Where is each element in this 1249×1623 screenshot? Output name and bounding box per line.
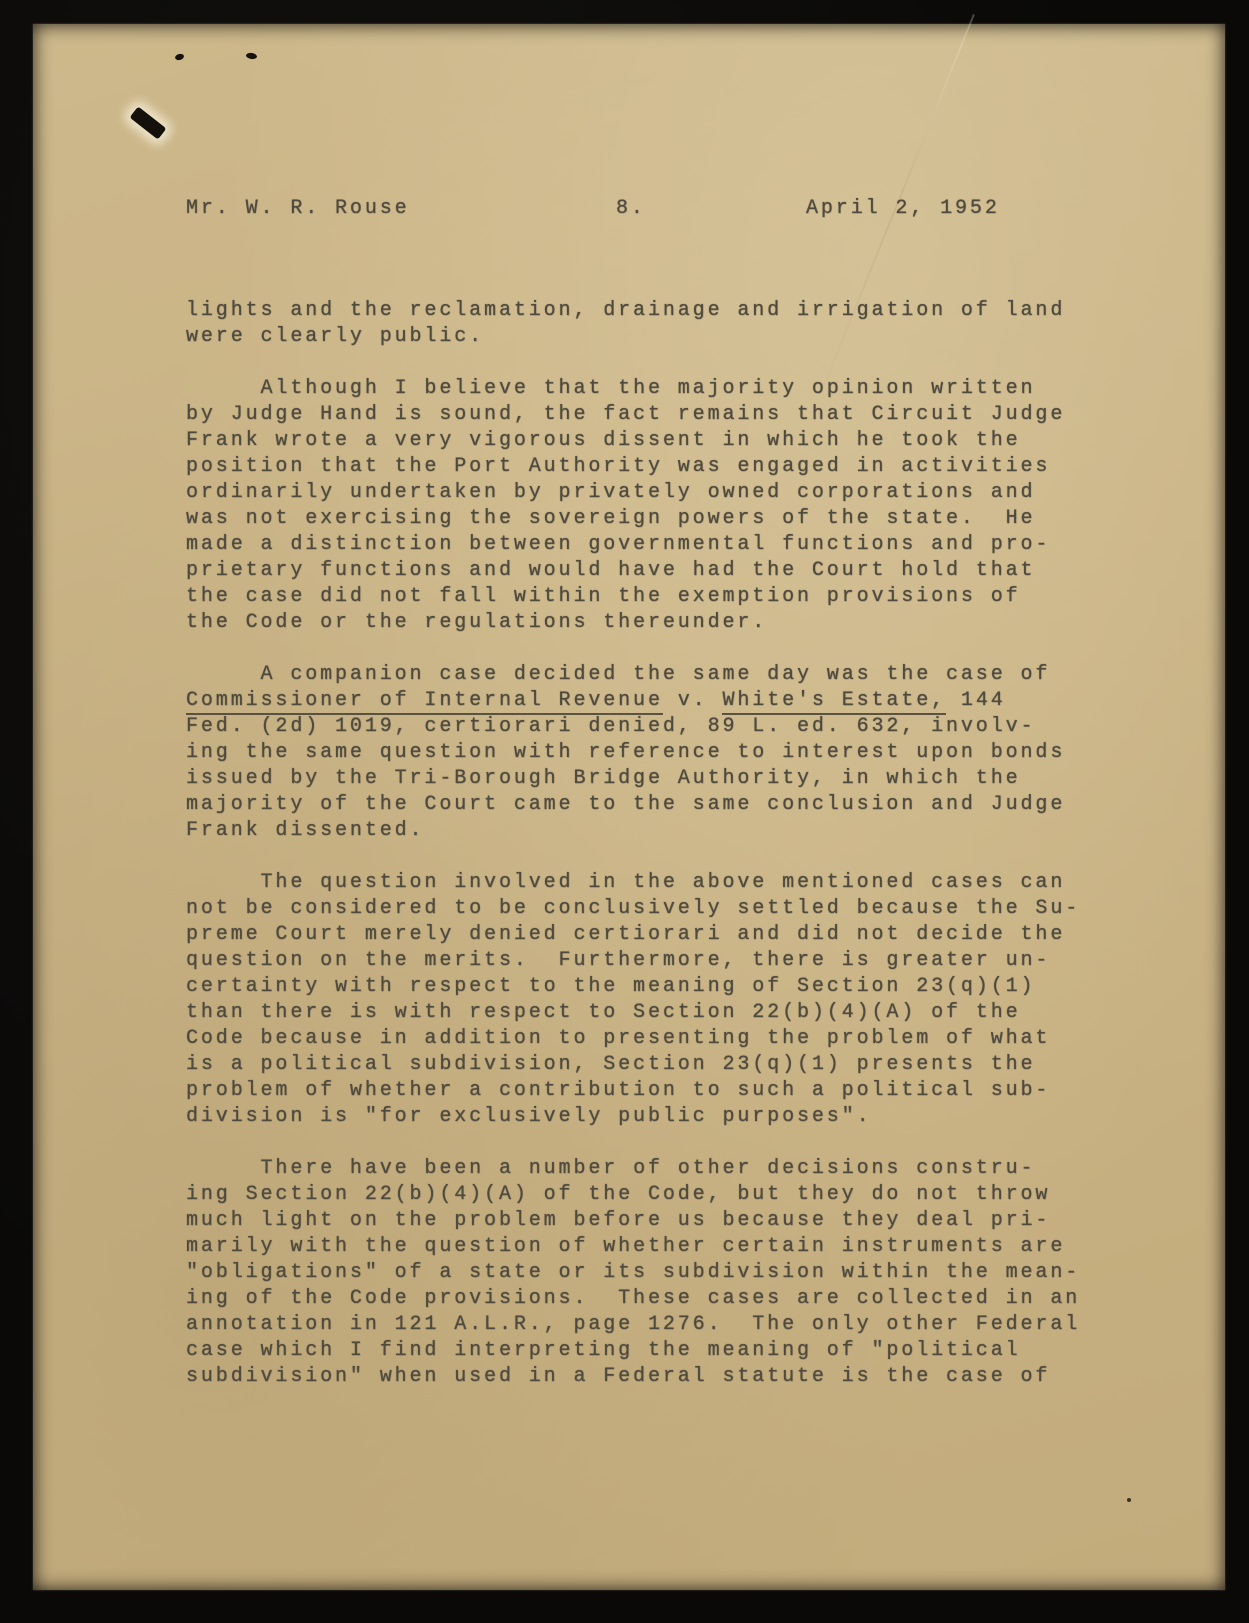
ink-speck <box>1127 1498 1131 1502</box>
document-page: Mr. W. R. Rouse 8. April 2, 1952 lights … <box>33 24 1225 1590</box>
case-citation-whites-estate: White's Estate, <box>722 689 946 715</box>
versus-text: v. <box>663 689 723 712</box>
scan-background: Mr. W. R. Rouse 8. April 2, 1952 lights … <box>0 0 1249 1623</box>
companion-case-lead: A companion case decided the same day wa… <box>186 663 1050 686</box>
punch-hole-mark <box>130 106 167 139</box>
ink-speck <box>246 52 258 59</box>
typewritten-content: Mr. W. R. Rouse 8. April 2, 1952 lights … <box>186 196 1126 1416</box>
letter-date: April 2, 1952 <box>806 196 1000 222</box>
paragraph-continuation: lights and the reclamation, drainage and… <box>186 298 1126 350</box>
paragraph-dissent-discussion: Although I believe that the majority opi… <box>186 376 1126 636</box>
recipient-name: Mr. W. R. Rouse <box>186 196 410 222</box>
ink-speck <box>174 53 184 61</box>
paragraph-uncertainty: The question involved in the above menti… <box>186 870 1126 1130</box>
case-citation-commissioner: Commissioner of Internal Revenue <box>186 689 663 715</box>
page-header: Mr. W. R. Rouse 8. April 2, 1952 <box>186 196 1126 222</box>
paragraph-other-decisions: There have been a number of other decisi… <box>186 1156 1126 1390</box>
page-number: 8. <box>616 196 646 222</box>
paragraph-companion-case: A companion case decided the same day wa… <box>186 662 1126 844</box>
